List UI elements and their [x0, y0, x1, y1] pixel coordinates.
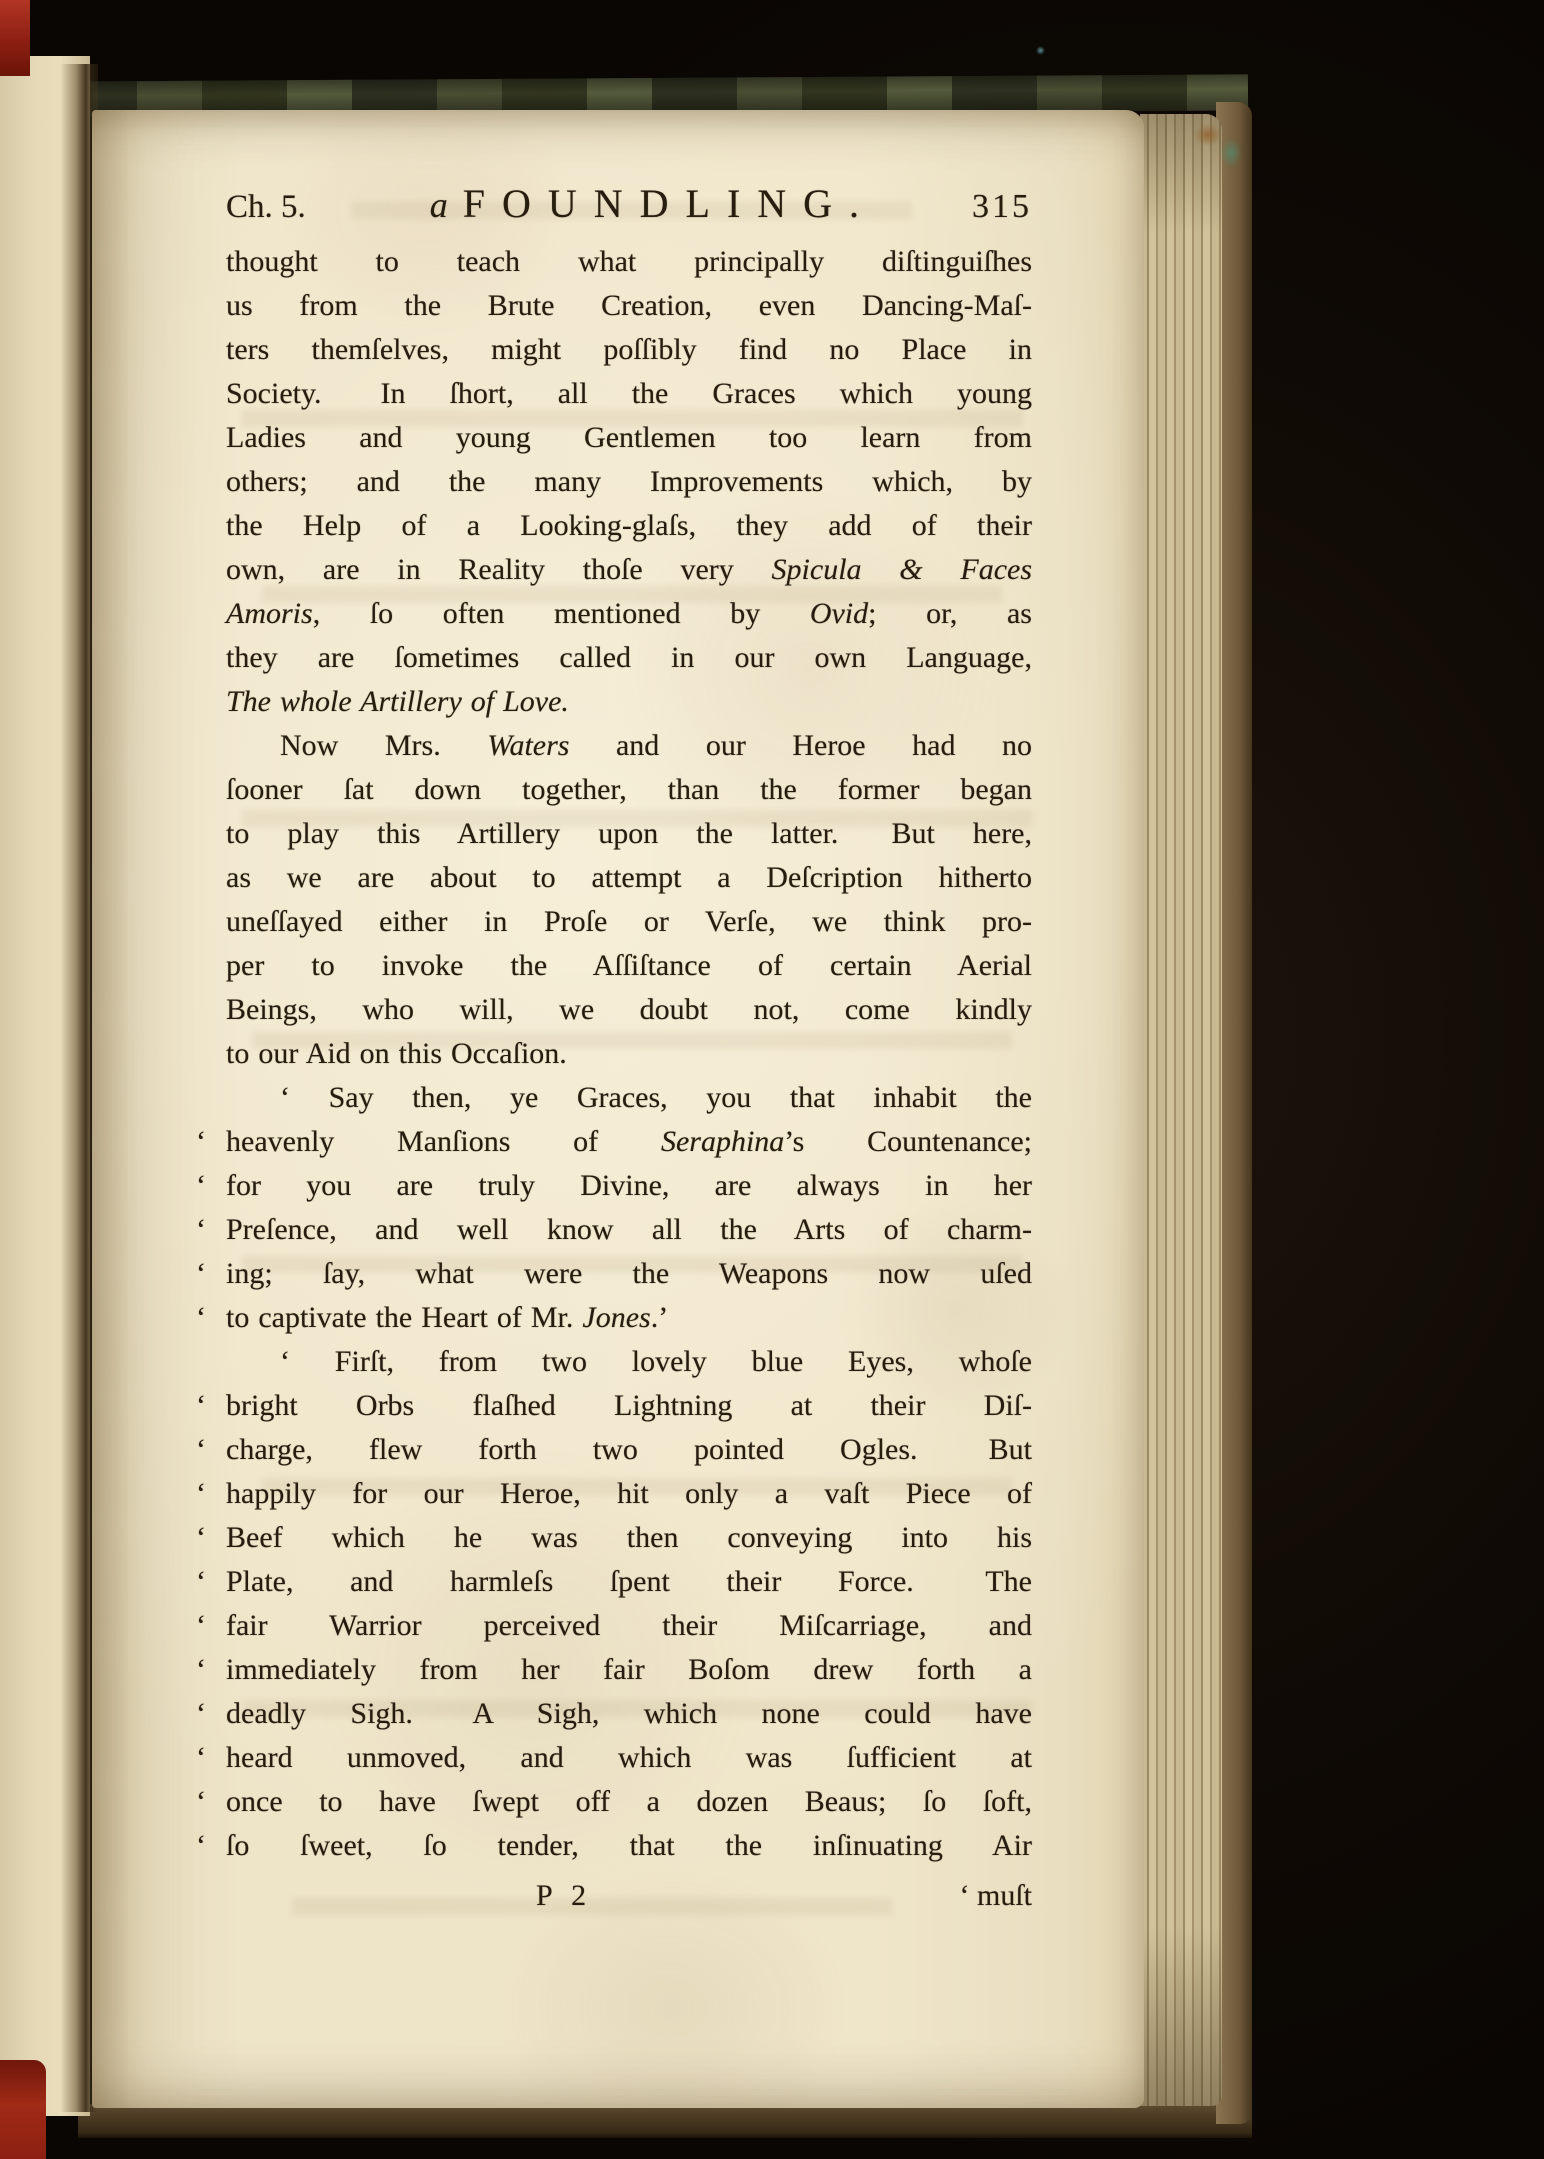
book-page: Ch. 5. aFOUNDLING. 315 thought to teach …: [92, 110, 1144, 2108]
book-photograph: Ch. 5. aFOUNDLING. 315 thought to teach …: [0, 0, 1544, 2159]
quote-mark: ‘: [196, 1648, 206, 1692]
text-line: own, are in Reality thoſe very Spicula &…: [226, 548, 1032, 592]
quote-mark: ‘: [196, 1428, 206, 1472]
text-line: ‘charge, flew forth two pointed Ogles. B…: [226, 1428, 1032, 1472]
quote-mark: ‘: [196, 1252, 206, 1296]
page-stack-fore-edge: [1140, 114, 1222, 2106]
text-line: thought to teach what principally diſtin…: [226, 240, 1032, 284]
text-line: ſooner ſat down together, than the forme…: [226, 768, 1032, 812]
text-line: ‘for you are truly Divine, are always in…: [226, 1164, 1032, 1208]
quote-mark: ‘: [196, 1208, 206, 1252]
quote-mark: ‘: [196, 1516, 206, 1560]
running-title: aFOUNDLING.: [320, 180, 986, 227]
red-cover-corner-top: [0, 0, 30, 76]
quote-mark: ‘: [196, 1736, 206, 1780]
text-line: ‘Plate, and harmleſs ſpent their Force. …: [226, 1560, 1032, 1604]
blue-dust-speck: [1036, 46, 1045, 55]
quote-mark: ‘: [196, 1164, 206, 1208]
running-title-main: FOUNDLING.: [463, 181, 876, 226]
quote-mark: ‘: [196, 1296, 206, 1340]
text-line: to our Aid on this Occaſion.: [226, 1032, 1032, 1076]
quote-mark: ‘: [196, 1604, 206, 1648]
text-block: thought to teach what principally diſtin…: [226, 240, 1032, 1868]
brown-fleck: [1194, 124, 1222, 146]
bottom-cover-edge: [78, 2104, 1252, 2138]
text-line: others; and the many Improvements which,…: [226, 460, 1032, 504]
text-line: Ladies and young Gentlemen too learn fro…: [226, 416, 1032, 460]
quote-mark: ‘: [196, 1472, 206, 1516]
text-line: ‘ing; ſay, what were the Weapons now uſe…: [226, 1252, 1032, 1296]
text-line: ‘bright Orbs flaſhed Lightning at their …: [226, 1384, 1032, 1428]
text-line: ‘fair Warrior perceived their Miſcarriag…: [226, 1604, 1032, 1648]
quote-mark: ‘: [196, 1384, 206, 1428]
signature-mark: P 2: [536, 1874, 586, 1918]
text-line: ‘ Say then, ye Graces, you that inhabit …: [226, 1076, 1032, 1120]
catchword: ‘ muſt: [960, 1874, 1033, 1918]
quote-mark: ‘: [196, 1560, 206, 1604]
text-line: Amoris, ſo often mentioned by Ovid; or, …: [226, 592, 1032, 636]
quote-mark: ‘: [196, 1692, 206, 1736]
text-line: ‘happily for our Heroe, hit only a vaſt …: [226, 1472, 1032, 1516]
quote-mark: ‘: [196, 1824, 206, 1868]
quote-mark: ‘: [196, 1120, 206, 1164]
running-header: Ch. 5. aFOUNDLING. 315: [226, 180, 1032, 232]
text-line: the Help of a Looking-glaſs, they add of…: [226, 504, 1032, 548]
text-line: ‘to captivate the Heart of Mr. Jones.’: [226, 1296, 1032, 1340]
teal-fiber-speck: [1220, 138, 1242, 168]
text-line: ‘Preſence, and well know all the Arts of…: [226, 1208, 1032, 1252]
text-line: ‘heard unmoved, and which was ſufficient…: [226, 1736, 1032, 1780]
text-line: Beings, who will, we doubt not, come kin…: [226, 988, 1032, 1032]
text-line: us from the Brute Creation, even Dancing…: [226, 284, 1032, 328]
chapter-label: Ch. 5.: [226, 189, 306, 226]
text-line: Society. In ſhort, all the Graces which …: [226, 372, 1032, 416]
text-line: ‘Beef which he was then conveying into h…: [226, 1516, 1032, 1560]
text-line: ‘deadly Sigh. A Sigh, which none could h…: [226, 1692, 1032, 1736]
text-line: ‘once to have ſwept off a dozen Beaus; ſ…: [226, 1780, 1032, 1824]
text-line: The whole Artillery of Love.: [226, 680, 1032, 724]
text-line: ‘heavenly Manſions of Seraphina’s Counte…: [226, 1120, 1032, 1164]
text-line: Now Mrs. Waters and our Heroe had no: [226, 724, 1032, 768]
text-line: per to invoke the Aſſiſtance of certain …: [226, 944, 1032, 988]
text-line: ‘ſo ſweet, ſo tender, that the inſinuati…: [226, 1824, 1032, 1868]
text-line: as we are about to attempt a Deſcription…: [226, 856, 1032, 900]
text-line: uneſſayed either in Proſe or Verſe, we t…: [226, 900, 1032, 944]
quote-mark: ‘: [196, 1780, 206, 1824]
running-title-article: a: [430, 185, 448, 225]
text-line: they are ſometimes called in our own Lan…: [226, 636, 1032, 680]
text-line: ters themſelves, might poſſibly find no …: [226, 328, 1032, 372]
signature-line: P 2 ‘ muſt: [226, 1874, 1032, 1918]
text-line: to play this Artillery upon the latter. …: [226, 812, 1032, 856]
text-line: ‘immediately from her fair Boſom drew fo…: [226, 1648, 1032, 1692]
text-line: ‘ Firſt, from two lovely blue Eyes, whoſ…: [226, 1340, 1032, 1384]
red-cover-corner-bottom: [0, 2060, 46, 2159]
